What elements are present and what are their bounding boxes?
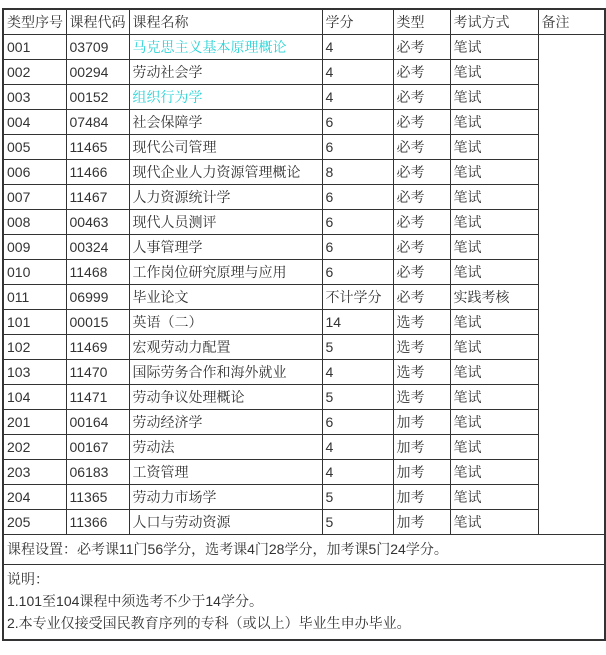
course-row: 20306183工资管理4加考笔试 [3,459,605,484]
type-cell: 必考 [393,184,450,209]
exam-method-cell: 笔试 [450,309,538,334]
course-name-cell: 宏观劳动力配置 [129,334,322,359]
course-row: 20200167劳动法4加考笔试 [3,434,605,459]
header-course-code: 课程代码 [66,9,129,34]
course-name-cell: 英语（二） [129,309,322,334]
exam-method-cell: 笔试 [450,159,538,184]
course-code-cell: 11365 [66,484,129,509]
course-name-cell: 组织行为学 [129,84,322,109]
course-code-cell: 11471 [66,384,129,409]
header-course-name: 课程名称 [129,9,322,34]
course-row: 00407484社会保障学6必考笔试 [3,109,605,134]
course-code-cell: 00015 [66,309,129,334]
exam-method-cell: 笔试 [450,334,538,359]
header-type-seq: 类型序号 [3,9,66,34]
type-cell: 加考 [393,484,450,509]
course-row: 00800463现代人员测评6必考笔试 [3,209,605,234]
course-row: 01106999毕业论文不计学分必考实践考核 [3,284,605,309]
type-cell: 必考 [393,209,450,234]
exam-method-cell: 笔试 [450,84,538,109]
exam-method-cell: 笔试 [450,509,538,534]
exam-method-cell: 笔试 [450,484,538,509]
type-cell: 必考 [393,284,450,309]
course-row: 10211469宏观劳动力配置5选考笔试 [3,334,605,359]
course-row: 20100164劳动经济学6加考笔试 [3,409,605,434]
course-row: 00200294劳动社会学4必考笔试 [3,59,605,84]
course-table: 类型序号 课程代码 课程名称 学分 类型 考试方式 备注 00103709马克思… [2,8,606,641]
notes-row: 说明： 1.101至104课程中须选考不少于14学分。 2.本专业仅接受国民教育… [3,564,605,640]
type-seq-cell: 008 [3,209,66,234]
type-seq-cell: 204 [3,484,66,509]
course-row: 00900324人事管理学6必考笔试 [3,234,605,259]
course-name-cell: 人力资源统计学 [129,184,322,209]
header-credits: 学分 [322,9,393,34]
type-cell: 加考 [393,409,450,434]
course-row: 10311470国际劳务合作和海外就业4选考笔试 [3,359,605,384]
credits-cell: 5 [322,509,393,534]
course-row: 01011468工作岗位研究原理与应用6必考笔试 [3,259,605,284]
header-exam-method: 考试方式 [450,9,538,34]
exam-method-cell: 笔试 [450,34,538,59]
type-seq-cell: 202 [3,434,66,459]
exam-method-cell: 笔试 [450,384,538,409]
type-cell: 必考 [393,259,450,284]
course-code-cell: 11469 [66,334,129,359]
type-seq-cell: 005 [3,134,66,159]
course-name-link[interactable]: 马克思主义基本原理概论 [133,39,287,55]
exam-method-cell: 笔试 [450,184,538,209]
type-seq-cell: 006 [3,159,66,184]
credits-cell: 4 [322,84,393,109]
type-cell: 必考 [393,109,450,134]
type-cell: 加考 [393,434,450,459]
page: 类型序号 课程代码 课程名称 学分 类型 考试方式 备注 00103709马克思… [0,0,606,641]
course-code-cell: 11465 [66,134,129,159]
credits-cell: 5 [322,484,393,509]
type-seq-cell: 104 [3,384,66,409]
course-code-cell: 06183 [66,459,129,484]
course-name-cell: 国际劳务合作和海外就业 [129,359,322,384]
exam-method-cell: 笔试 [450,434,538,459]
exam-method-cell: 笔试 [450,234,538,259]
type-seq-cell: 103 [3,359,66,384]
course-row: 00511465现代公司管理6必考笔试 [3,134,605,159]
exam-method-cell: 笔试 [450,109,538,134]
credits-cell: 6 [322,184,393,209]
type-seq-cell: 002 [3,59,66,84]
credits-cell: 5 [322,334,393,359]
course-name-cell: 劳动经济学 [129,409,322,434]
type-seq-cell: 102 [3,334,66,359]
credits-cell: 5 [322,384,393,409]
course-name-cell: 劳动力市场学 [129,484,322,509]
credits-cell: 6 [322,259,393,284]
course-row: 00711467人力资源统计学6必考笔试 [3,184,605,209]
exam-method-cell: 笔试 [450,459,538,484]
credits-cell: 不计学分 [322,284,393,309]
course-code-cell: 00463 [66,209,129,234]
type-cell: 必考 [393,134,450,159]
course-name-cell: 劳动争议处理概论 [129,384,322,409]
course-row: 10100015英语（二）14选考笔试 [3,309,605,334]
exam-method-cell: 笔试 [450,259,538,284]
exam-method-cell: 笔试 [450,134,538,159]
course-table-body: 00103709马克思主义基本原理概论4必考笔试00200294劳动社会学4必考… [3,34,605,534]
course-code-cell: 11470 [66,359,129,384]
notes-title: 说明： [7,571,601,587]
course-name-cell: 人事管理学 [129,234,322,259]
course-name-cell: 毕业论文 [129,284,322,309]
type-seq-cell: 201 [3,409,66,434]
header-row: 类型序号 课程代码 课程名称 学分 类型 考试方式 备注 [3,9,605,34]
course-name-cell: 劳动法 [129,434,322,459]
type-seq-cell: 009 [3,234,66,259]
course-code-cell: 00152 [66,84,129,109]
credits-cell: 6 [322,134,393,159]
course-name-cell: 劳动社会学 [129,59,322,84]
type-cell: 选考 [393,359,450,384]
course-code-cell: 00164 [66,409,129,434]
type-seq-cell: 004 [3,109,66,134]
exam-method-cell: 笔试 [450,209,538,234]
exam-method-cell: 笔试 [450,59,538,84]
exam-method-cell: 实践考核 [450,284,538,309]
type-cell: 必考 [393,34,450,59]
type-seq-cell: 011 [3,284,66,309]
credits-cell: 6 [322,409,393,434]
credits-cell: 4 [322,434,393,459]
header-remark: 备注 [538,9,605,34]
credits-cell: 4 [322,459,393,484]
exam-method-cell: 笔试 [450,409,538,434]
course-table-footer: 课程设置：必考课11门56学分，选考课4门28学分，加考课5门24学分。 说明：… [3,534,605,640]
credits-cell: 6 [322,234,393,259]
type-cell: 加考 [393,459,450,484]
course-code-cell: 00294 [66,59,129,84]
course-name-cell: 马克思主义基本原理概论 [129,34,322,59]
type-cell: 必考 [393,59,450,84]
type-seq-cell: 101 [3,309,66,334]
type-seq-cell: 003 [3,84,66,109]
note-line-1: 1.101至104课程中须选考不少于14学分。 [7,593,601,609]
type-cell: 选考 [393,334,450,359]
course-row: 00300152组织行为学4必考笔试 [3,84,605,109]
type-seq-cell: 010 [3,259,66,284]
exam-method-cell: 笔试 [450,359,538,384]
summary-row: 课程设置：必考课11门56学分，选考课4门28学分，加考课5门24学分。 [3,534,605,564]
course-code-cell: 00167 [66,434,129,459]
type-cell: 选考 [393,309,450,334]
type-cell: 必考 [393,159,450,184]
course-row: 00103709马克思主义基本原理概论4必考笔试 [3,34,605,59]
course-name-cell: 现代企业人力资源管理概论 [129,159,322,184]
type-seq-cell: 203 [3,459,66,484]
course-name-cell: 工作岗位研究原理与应用 [129,259,322,284]
course-code-cell: 03709 [66,34,129,59]
course-settings-summary: 课程设置：必考课11门56学分，选考课4门28学分，加考课5门24学分。 [3,534,605,564]
course-name-cell: 社会保障学 [129,109,322,134]
course-code-cell: 11466 [66,159,129,184]
credits-cell: 6 [322,109,393,134]
course-code-cell: 11468 [66,259,129,284]
course-name-cell: 现代公司管理 [129,134,322,159]
credits-cell: 4 [322,359,393,384]
type-cell: 必考 [393,84,450,109]
course-code-cell: 00324 [66,234,129,259]
credits-cell: 4 [322,59,393,84]
course-code-cell: 06999 [66,284,129,309]
course-name-cell: 工资管理 [129,459,322,484]
credits-cell: 4 [322,34,393,59]
notes-cell: 说明： 1.101至104课程中须选考不少于14学分。 2.本专业仅接受国民教育… [3,564,605,640]
course-name-cell: 现代人员测评 [129,209,322,234]
type-cell: 加考 [393,509,450,534]
course-name-link[interactable]: 组织行为学 [133,89,203,105]
course-row: 20411365劳动力市场学5加考笔试 [3,484,605,509]
remark-merged-cell [538,34,605,534]
course-row: 10411471劳动争议处理概论5选考笔试 [3,384,605,409]
course-row: 20511366人口与劳动资源5加考笔试 [3,509,605,534]
header-type: 类型 [393,9,450,34]
course-code-cell: 11366 [66,509,129,534]
type-seq-cell: 205 [3,509,66,534]
credits-cell: 8 [322,159,393,184]
course-name-cell: 人口与劳动资源 [129,509,322,534]
type-seq-cell: 001 [3,34,66,59]
course-code-cell: 07484 [66,109,129,134]
credits-cell: 14 [322,309,393,334]
course-row: 00611466现代企业人力资源管理概论8必考笔试 [3,159,605,184]
credits-cell: 6 [322,209,393,234]
type-cell: 必考 [393,234,450,259]
course-code-cell: 11467 [66,184,129,209]
note-line-2: 2.本专业仅接受国民教育序列的专科（或以上）毕业生申办毕业。 [7,615,601,631]
type-seq-cell: 007 [3,184,66,209]
type-cell: 选考 [393,384,450,409]
